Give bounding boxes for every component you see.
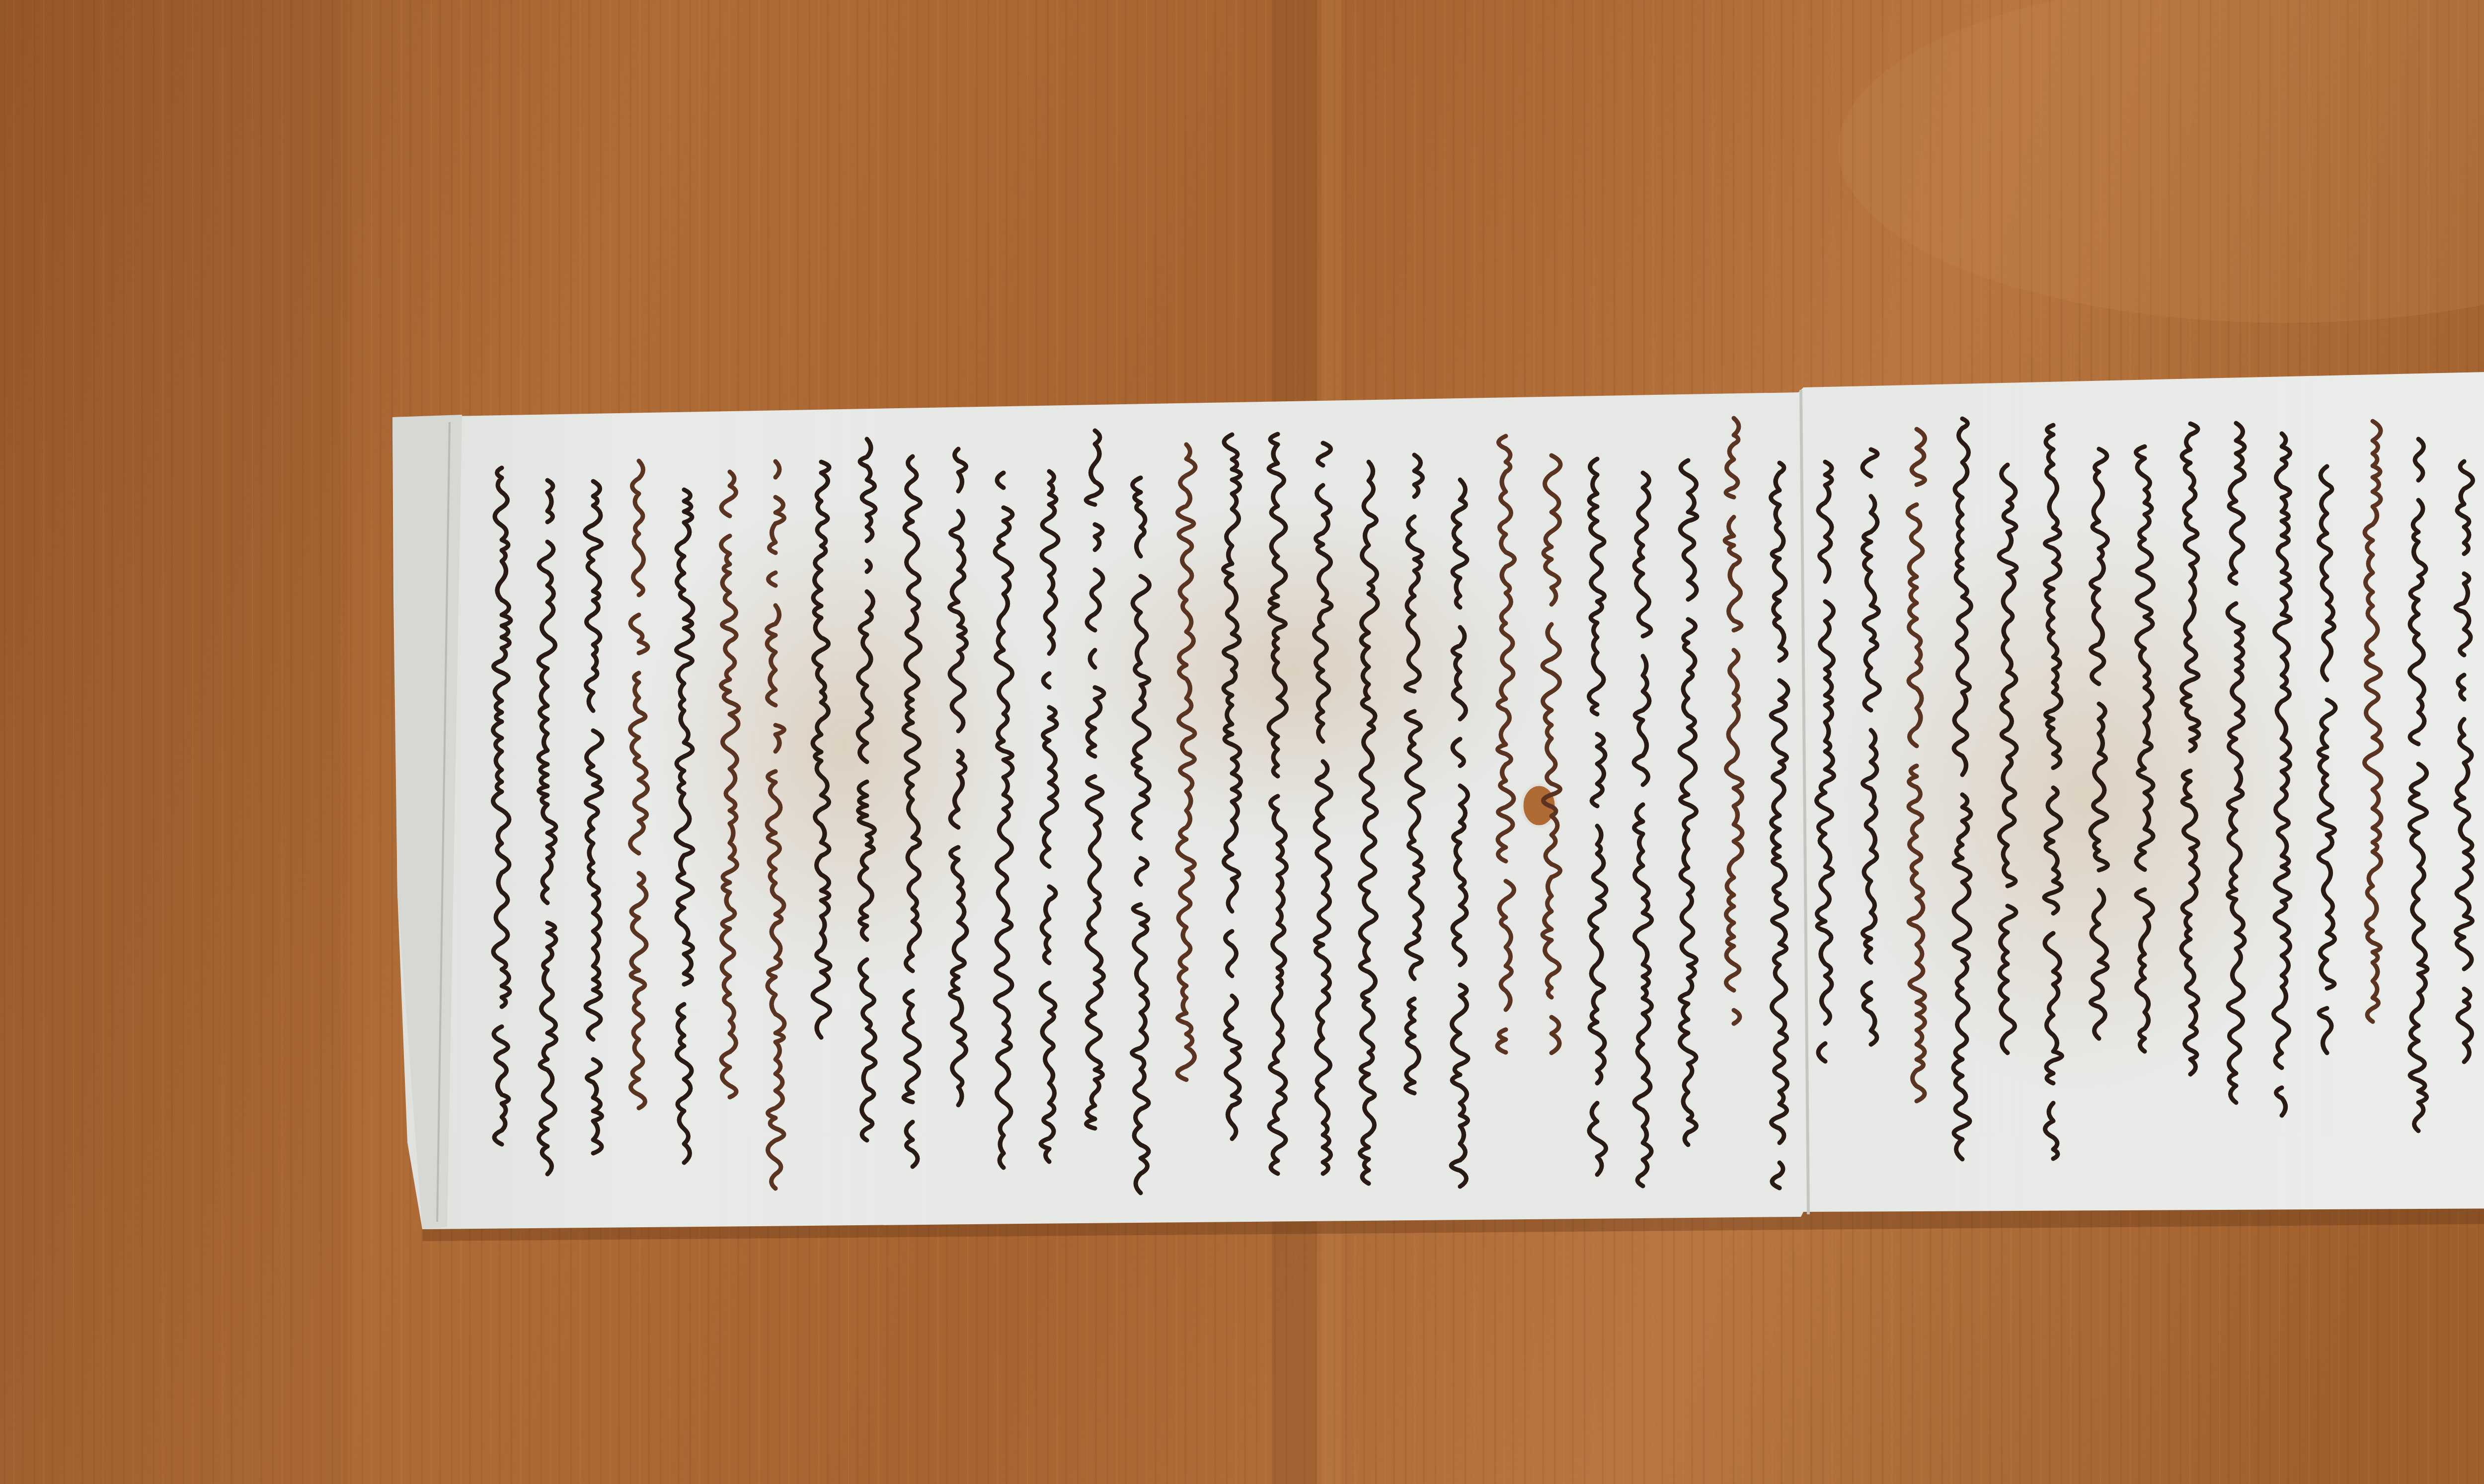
photo-scene [0,0,2484,1484]
manuscript-paper [392,369,2484,1229]
